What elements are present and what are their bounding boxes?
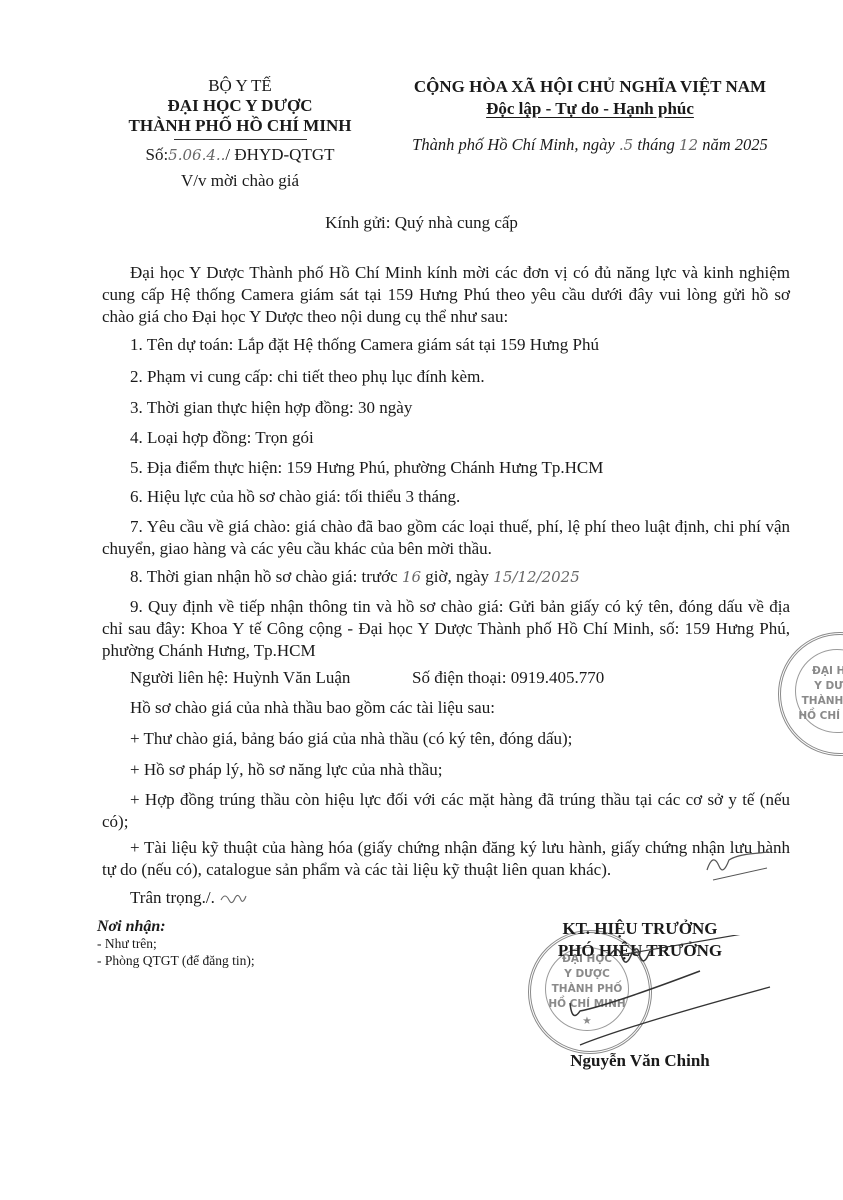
initials-mark-icon: [705, 848, 775, 884]
document-item-2: + Hồ sơ pháp lý, hồ sơ năng lực của nhà …: [130, 760, 443, 780]
recipient-1: - Như trên;: [97, 935, 255, 952]
item-4: 4. Loại hợp đồng: Trọn gói: [130, 428, 314, 448]
document-item-1: + Thư chào giá, bảng báo giá của nhà thầ…: [130, 729, 572, 749]
contact-person: Người liên hệ: Huỳnh Văn Luận: [130, 668, 350, 688]
item-1: 1. Tên dự toán: Lắp đặt Hệ thống Camera …: [130, 335, 599, 355]
university-name-line1: ĐẠI HỌC Y DƯỢC: [100, 96, 380, 116]
contact-phone: Số điện thoại: 0919.405.770: [412, 668, 604, 688]
handwritten-deadline-date: 15/12/2025: [493, 568, 579, 586]
salutation: Kính gửi: Quý nhà cung cấp: [0, 213, 843, 233]
item-8: 8. Thời gian nhận hồ sơ chào giá: trước …: [130, 567, 580, 587]
issuer-header: BỘ Y TẾ ĐẠI HỌC Y DƯỢC THÀNH PHỐ HỒ CHÍ …: [100, 76, 380, 191]
document-item-4: + Tài liệu kỹ thuật của hàng hóa (giấy c…: [102, 837, 790, 881]
item-6: 6. Hiệu lực của hồ sơ chào giá: tối thiể…: [130, 487, 460, 507]
document-number: Số:5.06.4../ ĐHYD-QTGT: [100, 145, 380, 165]
closing-initials-icon: [218, 890, 248, 908]
item-3: 3. Thời gian thực hiện hợp đồng: 30 ngày: [130, 398, 412, 418]
handwritten-month: 12: [679, 136, 698, 154]
recipient-2: - Phòng QTGT (để đăng tin);: [97, 952, 255, 969]
recipients-block: Nơi nhận: - Như trên; - Phòng QTGT (để đ…: [97, 918, 255, 969]
document-item-3: + Hợp đồng trúng thầu còn hiệu lực đối v…: [102, 789, 790, 833]
national-motto: Độc lập - Tự do - Hạnh phúc: [390, 98, 790, 120]
handwritten-doc-number: 5.06.4..: [168, 146, 225, 164]
handwritten-signature-icon: [560, 935, 780, 1055]
documents-intro: Hồ sơ chào giá của nhà thầu bao gồm các …: [130, 698, 495, 718]
place-date: Thành phố Hồ Chí Minh, ngày .5 tháng 12 …: [390, 134, 790, 156]
ministry-name: BỘ Y TẾ: [100, 76, 380, 96]
item-9: 9. Quy định về tiếp nhận thông tin và hồ…: [102, 596, 790, 662]
recipients-title: Nơi nhận:: [97, 918, 255, 935]
signer-name: Nguyễn Văn Chinh: [520, 1051, 760, 1071]
intro-paragraph: Đại học Y Dược Thành phố Hồ Chí Minh kín…: [102, 262, 790, 328]
handwritten-hour: 16: [402, 568, 421, 586]
item-5: 5. Địa điểm thực hiện: 159 Hưng Phú, phư…: [130, 458, 603, 478]
national-header: CỘNG HÒA XÃ HỘI CHỦ NGHĨA VIỆT NAM Độc l…: [390, 76, 790, 156]
document-subject: V/v mời chào giá: [100, 171, 380, 191]
handwritten-day: .5: [619, 136, 633, 154]
header-divider: [174, 139, 307, 140]
item-7: 7. Yêu cầu về giá chào: giá chào đã bao …: [102, 516, 790, 560]
closing: Trân trọng./.: [130, 888, 215, 908]
item-2: 2. Phạm vi cung cấp: chi tiết theo phụ l…: [130, 367, 485, 387]
university-name-line2: THÀNH PHỐ HỒ CHÍ MINH: [100, 116, 380, 136]
nation-title: CỘNG HÒA XÃ HỘI CHỦ NGHĨA VIỆT NAM: [390, 76, 790, 98]
